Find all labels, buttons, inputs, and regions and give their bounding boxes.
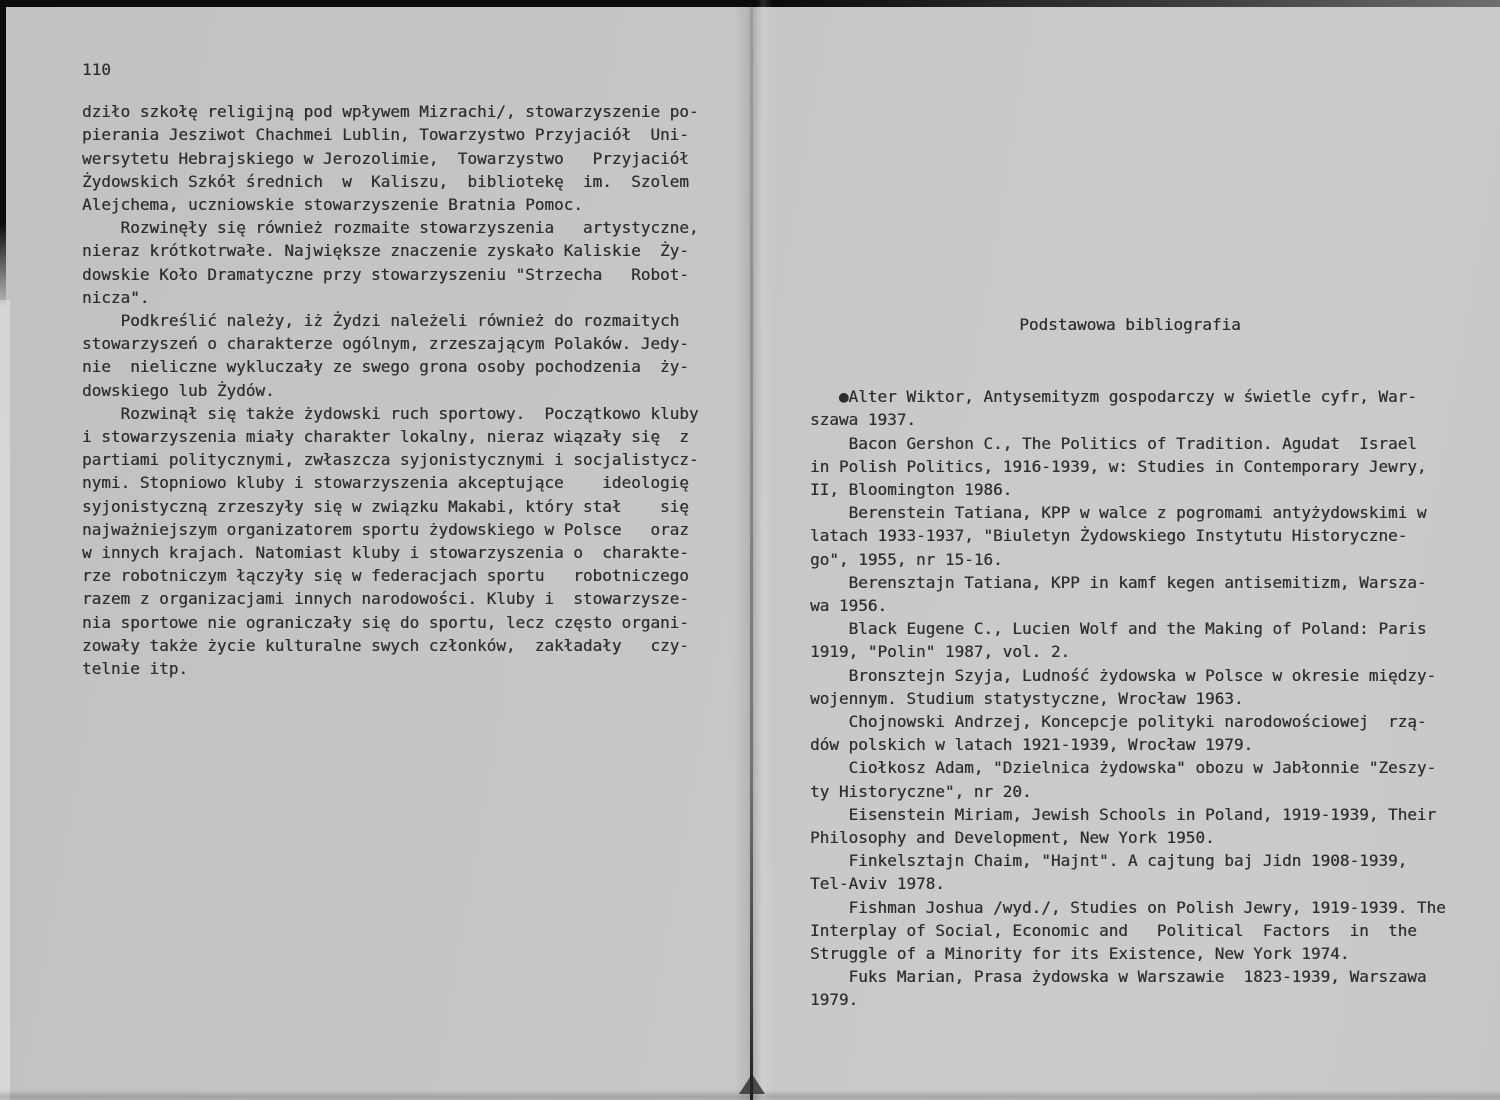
bibliography-entry: Chojnowski Andrzej, Koncepcje polityki n… bbox=[810, 710, 1450, 756]
page-gutter-shadow bbox=[733, 0, 773, 1100]
bibliography-entry: Bacon Gershon C., The Politics of Tradit… bbox=[810, 432, 1450, 502]
page-gutter-bottom-notch bbox=[739, 1074, 765, 1094]
bibliography-entry: Berenstein Tatiana, KPP w walce z pogrom… bbox=[810, 501, 1450, 571]
scan-left-edge-light bbox=[0, 300, 10, 1100]
paragraph: dziło szkołę religijną pod wpływem Mizra… bbox=[82, 100, 710, 216]
paragraph: Podkreślić należy, iż Żydzi należeli rów… bbox=[82, 309, 710, 402]
bibliography-entry: ●Alter Wiktor, Antysemityzm gospodarczy … bbox=[810, 385, 1450, 431]
right-page: Podstawowa bibliografia ●Alter Wiktor, A… bbox=[810, 313, 1450, 1012]
bibliography-entry: Bronsztejn Szyja, Ludność żydowska w Pol… bbox=[810, 664, 1450, 710]
page-number: 110 bbox=[82, 58, 710, 81]
bibliography-entry: Eisenstein Miriam, Jewish Schools in Pol… bbox=[810, 803, 1450, 849]
paragraph: Rozwinęły się również rozmaite stowarzys… bbox=[82, 216, 710, 309]
book-spread: 110 dziło szkołę religijną pod wpływem M… bbox=[0, 0, 1500, 1100]
scan-left-edge-dark bbox=[0, 0, 6, 310]
bibliography-entry: Fishman Joshua /wyd./, Studies on Polish… bbox=[810, 896, 1450, 966]
bibliography-entry: Fuks Marian, Prasa żydowska w Warszawie … bbox=[810, 965, 1450, 1011]
paragraph: Rozwinął się także żydowski ruch sportow… bbox=[82, 402, 710, 680]
bibliography-entry: Black Eugene C., Lucien Wolf and the Mak… bbox=[810, 617, 1450, 663]
bibliography-entry: Finkelsztajn Chaim, "Hajnt". A cajtung b… bbox=[810, 849, 1450, 895]
left-page: 110 dziło szkołę religijną pod wpływem M… bbox=[82, 58, 710, 680]
bibliography-heading: Podstawowa bibliografia bbox=[810, 313, 1450, 336]
bibliography-entry: Ciołkosz Adam, "Dzielnica żydowska" oboz… bbox=[810, 756, 1450, 802]
page-gutter-fold-line bbox=[750, 0, 753, 1100]
bibliography-entry: Berensztajn Tatiana, KPP in kamf kegen a… bbox=[810, 571, 1450, 617]
